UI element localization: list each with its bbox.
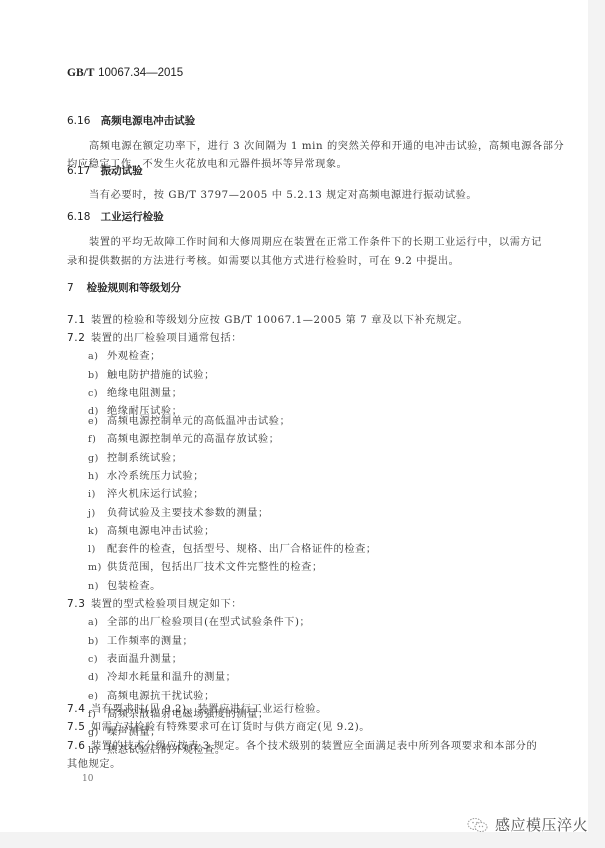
list-item: d)冷却水耗量和温升的测量；	[88, 668, 236, 683]
paragraph-6-18-line1: 装置的平均无故障工作时间和大修周期应在装置在正常工作条件下的长期工业运行中，以需…	[89, 233, 542, 248]
clause-7-3: 7.3装置的型式检验项目规定如下：	[67, 595, 242, 610]
clause-7-4-text: 7.4当有要求时(见 9.2)，装置应进行工业运行检验。	[67, 700, 327, 715]
list-item: l)配套件的检查，包括型号、规格、出厂合格证件的检查；	[88, 540, 377, 555]
list-item: a)外观检查；	[88, 347, 161, 362]
list-item: g)控制系统试验；	[88, 449, 183, 464]
clause-7-6: 7.6装置的技术分级应按表 3 规定。各个技术级别的装置应全面满足表中所列各项要…	[67, 737, 537, 752]
watermark-label: 感应模压淬火	[495, 814, 588, 835]
standard-number: 10067.34—2015	[98, 67, 183, 79]
list-item: f)高频电源控制单元的高温存放试验；	[88, 430, 280, 445]
list-item: c)表面温升测量；	[88, 650, 183, 665]
paragraph-6-17: 当有必要时，按 GB/T 3797—2005 中 5.2.13 规定对高频电源进…	[89, 186, 477, 201]
standard-code: GB/T 10067.34—2015	[67, 65, 183, 79]
wechat-icon	[467, 817, 489, 833]
list-item: i)淬火机床运行试验；	[88, 485, 204, 500]
clause-7-2: 7.2装置的出厂检验项目通常包括：	[67, 329, 242, 344]
list-item: m)供货范围，包括出厂技术文件完整性的检查；	[88, 558, 323, 573]
list-item: j)负荷试验及主要技术参数的测量；	[88, 504, 269, 519]
watermark: 感应模压淬火	[467, 814, 588, 835]
list-item: b)工作频率的测量；	[88, 632, 193, 647]
standard-prefix: GB/T	[67, 67, 94, 79]
list-item: c)绝缘电阻测量；	[88, 384, 183, 399]
clause-7-5: 7.5如需方对检验有特殊要求可在订货时与供方商定(见 9.2)。	[67, 718, 370, 733]
paragraph-6-16-line1: 高频电源在额定功率下，进行 3 次间隔为 1 min 的突然关停和开通的电冲击试…	[89, 137, 564, 152]
list-item: e)高频电源控制单元的高低温冲击试验；	[88, 412, 290, 427]
list-item: n)包装检查。	[88, 577, 161, 592]
list-item: h)水冷系统压力试验；	[88, 467, 204, 482]
list-item: a)全部的出厂检验项目(在型式试验条件下)；	[88, 613, 310, 628]
section-heading-6-16: 6.16 高频电源电冲击试验	[67, 113, 195, 128]
list-item: k)高频电源电冲击试验；	[88, 522, 215, 537]
page-number: 10	[82, 774, 93, 784]
paragraph-6-18-line2: 录和提供数据的方法进行考核。如需要以其他方式进行检验时，可在 9.2 中提出。	[67, 252, 459, 267]
section-heading-6-17: 6.17 振动试验	[67, 163, 143, 178]
section-heading-6-18: 6.18 工业运行检验	[67, 209, 164, 224]
list-item: b)触电防护措施的试验；	[88, 366, 215, 381]
clause-7-6-line2: 其他规定。	[67, 755, 121, 770]
chapter-heading-7: 7 检验规则和等级划分	[67, 280, 181, 295]
clause-7-1: 7.1装置的检验和等级划分应按 GB/T 10067.1—2005 第 7 章及…	[67, 311, 468, 326]
